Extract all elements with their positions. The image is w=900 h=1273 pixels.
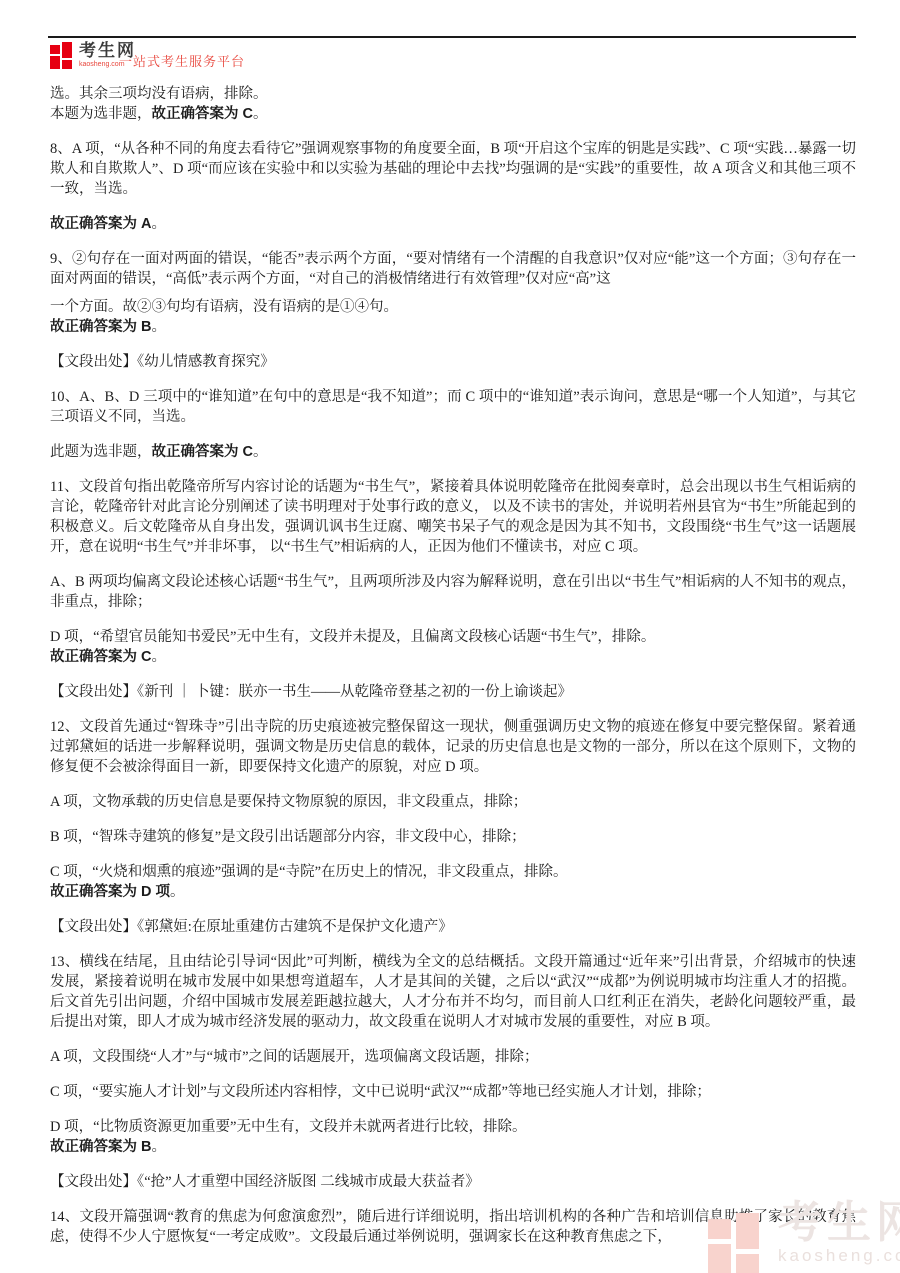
text-run: 【文段出处】《“抢”人才重塑中国经济版图 二线城市成最大获益者》 <box>50 1174 480 1190</box>
paragraph: D 项，“希望官员能知书爱民”无中生有，文段并未提及，且偏离文段核心话题“书生气… <box>50 627 856 647</box>
text-run: C 项，“火烧和烟熏的痕迹”强调的是“寺院”在历史上的情况，非文段重点，排除。 <box>50 864 568 880</box>
text-run: 。 <box>253 444 268 460</box>
text-run: D 项，“比物质资源更加重要”无中生有，文段并未就两者进行比较，排除。 <box>50 1119 526 1135</box>
source-line: 【文段出处】《幼儿情感教育探究》 <box>50 352 856 372</box>
paragraph: A 项，文物承载的历史信息是要保持文物原貌的原因，非文段重点，排除； <box>50 792 856 812</box>
logo-block <box>50 45 60 54</box>
text-run: C 项，“要实施人才计划”与文段所述内容相悖，文中已说明“武汉”“成都”等地已经… <box>50 1084 711 1100</box>
answer-line: 故正确答案为 B。 <box>50 317 856 337</box>
text-run: 10、A、B、D 三项中的“谁知道”在句中的意思是“我不知道”；而 C 项中的“… <box>50 389 856 425</box>
text-run: 【文段出处】《郭黛姮:在原址重建仿古建筑不是保护文化遗产》 <box>50 919 453 935</box>
text-run: 一个方面。故②③句均有语病，没有语病的是①④句。 <box>50 299 398 315</box>
answer-emphasis: 故正确答案为 C <box>152 444 254 460</box>
paragraph: 12、文段首先通过“智珠寺”引出寺院的历史痕迹被完整保留这一现状，侧重强调历史文… <box>50 717 856 777</box>
text-run: 本题为选非题， <box>50 106 152 122</box>
paragraph: A、B 两项均偏离文段论述核心话题“书生气”，且两项所涉及内容为解释说明，意在引… <box>50 572 856 612</box>
paragraph: 14、文段开篇强调“教育的焦虑为何愈演愈烈”，随后进行详细说明，指出培训机构的各… <box>50 1207 856 1247</box>
paragraph: 一个方面。故②③句均有语病，没有语病的是①④句。 <box>50 297 856 317</box>
logo-block <box>50 56 60 69</box>
logo-block <box>62 60 72 69</box>
text-run: A、B 两项均偏离文段论述核心话题“书生气”，且两项所涉及内容为解释说明，意在引… <box>50 574 856 610</box>
text-run: 。 <box>152 1139 167 1155</box>
paragraph: C 项，“要实施人才计划”与文段所述内容相悖，文中已说明“武汉”“成都”等地已经… <box>50 1082 856 1102</box>
paragraph: 10、A、B、D 三项中的“谁知道”在句中的意思是“我不知道”；而 C 项中的“… <box>50 387 856 427</box>
paragraph: 13、横线在结尾，且由结论引导词“因此”可判断，横线为全文的总结概括。文段开篇通… <box>50 952 856 1032</box>
answer-emphasis: 故正确答案为 C <box>152 106 254 122</box>
watermark-block <box>736 1254 759 1273</box>
paragraph: 选。其余三项均没有语病，排除。 <box>50 84 856 104</box>
text-run: 。 <box>152 319 167 335</box>
answer-emphasis: 故正确答案为 A <box>50 216 152 232</box>
text-run: 8、A 项，“从各种不同的角度去看待它”强调观察事物的角度要全面，B 项“开启这… <box>50 141 856 197</box>
header-divider <box>48 36 856 38</box>
text-run: 9、②句存在一面对两面的错误，“能否”表示两个方面，“要对情绪有一个清醒的自我意… <box>50 251 856 287</box>
watermark-domain: kaosheng.com <box>778 1247 900 1265</box>
text-run: 14、文段开篇强调“教育的焦虑为何愈演愈烈”，随后进行详细说明，指出培训机构的各… <box>50 1209 856 1245</box>
answer-explanations: 选。其余三项均没有语病，排除。本题为选非题，故正确答案为 C。8、A 项，“从各… <box>50 84 856 1247</box>
answer-emphasis: 故正确答案为 C <box>50 649 152 665</box>
source-line: 【文段出处】《“抢”人才重塑中国经济版图 二线城市成最大获益者》 <box>50 1172 856 1192</box>
paragraph: A 项，文段围绕“人才”与“城市”之间的话题展开，选项偏离文段话题，排除； <box>50 1047 856 1067</box>
answer-line: 故正确答案为 B。 <box>50 1137 856 1157</box>
paragraph: 8、A 项，“从各种不同的角度去看待它”强调观察事物的角度要全面，B 项“开启这… <box>50 139 856 199</box>
source-line: 【文段出处】《新刊 ｜ 卜键：朕亦一书生——从乾隆帝登基之初的一份上谕谈起》 <box>50 682 856 702</box>
paragraph: 11、文段首句指出乾隆帝所写内容讨论的话题为“书生气”，紧接着具体说明乾隆帝在批… <box>50 477 856 557</box>
answer-line: 此题为选非题，故正确答案为 C。 <box>50 442 856 462</box>
text-run: 选。其余三项均没有语病，排除。 <box>50 86 268 102</box>
source-line: 【文段出处】《郭黛姮:在原址重建仿古建筑不是保护文化遗产》 <box>50 917 856 937</box>
text-run: 【文段出处】《幼儿情感教育探究》 <box>50 354 275 370</box>
document-page: 考生网 kaosheng.com 一站式考生服务平台 选。其余三项均没有语病，排… <box>0 0 900 1273</box>
paragraph: C 项，“火烧和烟熏的痕迹”强调的是“寺院”在历史上的情况，非文段重点，排除。 <box>50 862 856 882</box>
answer-emphasis: 故正确答案为 B <box>50 319 152 335</box>
answer-line: 故正确答案为 A。 <box>50 214 856 234</box>
text-run: 【文段出处】《新刊 ｜ 卜键：朕亦一书生——从乾隆帝登基之初的一份上谕谈起》 <box>50 684 572 700</box>
text-run: D 项，“希望官员能知书爱民”无中生有，文段并未提及，且偏离文段核心话题“书生气… <box>50 629 655 645</box>
text-run: A 项，文物承载的历史信息是要保持文物原貌的原因，非文段重点，排除； <box>50 794 527 810</box>
answer-emphasis: 故正确答案为 D 项 <box>50 884 170 900</box>
site-tagline: 一站式考生服务平台 <box>119 51 245 70</box>
text-run: 12、文段首先通过“智珠寺”引出寺院的历史痕迹被完整保留这一现状，侧重强调历史文… <box>50 719 856 775</box>
answer-line: 本题为选非题，故正确答案为 C。 <box>50 104 856 124</box>
text-run: 此题为选非题， <box>50 444 152 460</box>
answer-line: 故正确答案为 C。 <box>50 647 856 667</box>
text-run: B 项，“智珠寺建筑的修复”是文段引出话题部分内容，非文段中心，排除； <box>50 829 526 845</box>
paragraph: D 项，“比物质资源更加重要”无中生有，文段并未就两者进行比较，排除。 <box>50 1117 856 1137</box>
paragraph: 9、②句存在一面对两面的错误，“能否”表示两个方面，“要对情绪有一个清醒的自我意… <box>50 249 856 289</box>
text-run: A 项，文段围绕“人才”与“城市”之间的话题展开，选项偏离文段话题，排除； <box>50 1049 539 1065</box>
logo-block <box>62 42 72 58</box>
watermark-block <box>708 1244 731 1273</box>
text-run: 。 <box>152 649 167 665</box>
text-run: 13、横线在结尾，且由结论引导词“因此”可判断，横线为全文的总结概括。文段开篇通… <box>50 954 856 1030</box>
text-run: 。 <box>152 216 167 232</box>
paragraph: B 项，“智珠寺建筑的修复”是文段引出话题部分内容，非文段中心，排除； <box>50 827 856 847</box>
kaosheng-logo-icon <box>50 42 74 69</box>
text-run: 11、文段首句指出乾隆帝所写内容讨论的话题为“书生气”，紧接着具体说明乾隆帝在批… <box>50 479 856 555</box>
text-run: 。 <box>170 884 185 900</box>
text-run: 。 <box>253 106 268 122</box>
answer-line: 故正确答案为 D 项。 <box>50 882 856 902</box>
answer-emphasis: 故正确答案为 B <box>50 1139 152 1155</box>
